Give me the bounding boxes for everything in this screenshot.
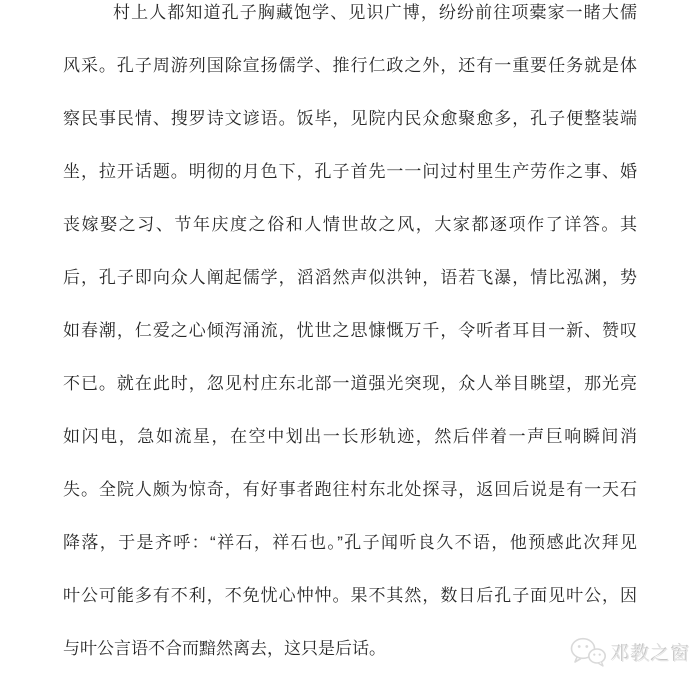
text-line: 叶公可能多有不利，不免忧心忡忡。果不其然，数日后孔子面见叶公，因 (63, 569, 637, 622)
text-line: 风采。孔子周游列国除宣扬儒学、推行仁政之外，还有一重要任务就是体 (63, 39, 637, 92)
text-line: 察民事民情、搜罗诗文谚语。饭毕，见院内民众愈聚愈多，孔子便整装端 (63, 92, 637, 145)
text-line: 后，孔子即向众人阐起儒学，滔滔然声似洪钟，语若飞瀑，情比泓渊，势 (63, 251, 637, 304)
text-line: 如春潮，仁爱之心倾泻涌流，忧世之思慷慨万千，令听者耳目一新、赞叹 (63, 304, 637, 357)
text-line: 坐，拉开话题。明彻的月色下，孔子首先一一问过村里生产劳作之事、婚 (63, 145, 637, 198)
text-line: 不已。就在此时，忽见村庄东北部一道强光突现，众人举目眺望，那光亮 (63, 357, 637, 410)
watermark-label: 邓教之窗 (611, 639, 691, 666)
article-paragraph: 村上人都知道孔子胸藏饱学、见识广博，纷纷前往项橐家一睹大儒 风采。孔子周游列国除… (63, 0, 637, 675)
wechat-article-page: { "page": { "background_color": "#ffffff… (0, 0, 692, 681)
watermark: 邓教之窗 (570, 633, 691, 671)
text-line: 与叶公言语不合而黯然离去，这只是后话。 (63, 622, 637, 675)
text-line: 如闪电，急如流星，在空中划出一长形轨迹，然后伴着一声巨响瞬间消 (63, 410, 637, 463)
text-line: 丧嫁娶之习、节年庆度之俗和人情世故之风，大家都逐项作了详答。其 (63, 198, 637, 251)
text-line: 村上人都知道孔子胸藏饱学、见识广博，纷纷前往项橐家一睹大儒 (63, 0, 637, 39)
text-line: 降落，于是齐呼：“祥石，祥石也。”孔子闻听良久不语，他预感此次拜见 (63, 516, 637, 569)
wechat-icon (570, 636, 606, 668)
text-line: 失。全院人颇为惊奇，有好事者跑往村东北处探寻，返回后说是有一天石 (63, 463, 637, 516)
